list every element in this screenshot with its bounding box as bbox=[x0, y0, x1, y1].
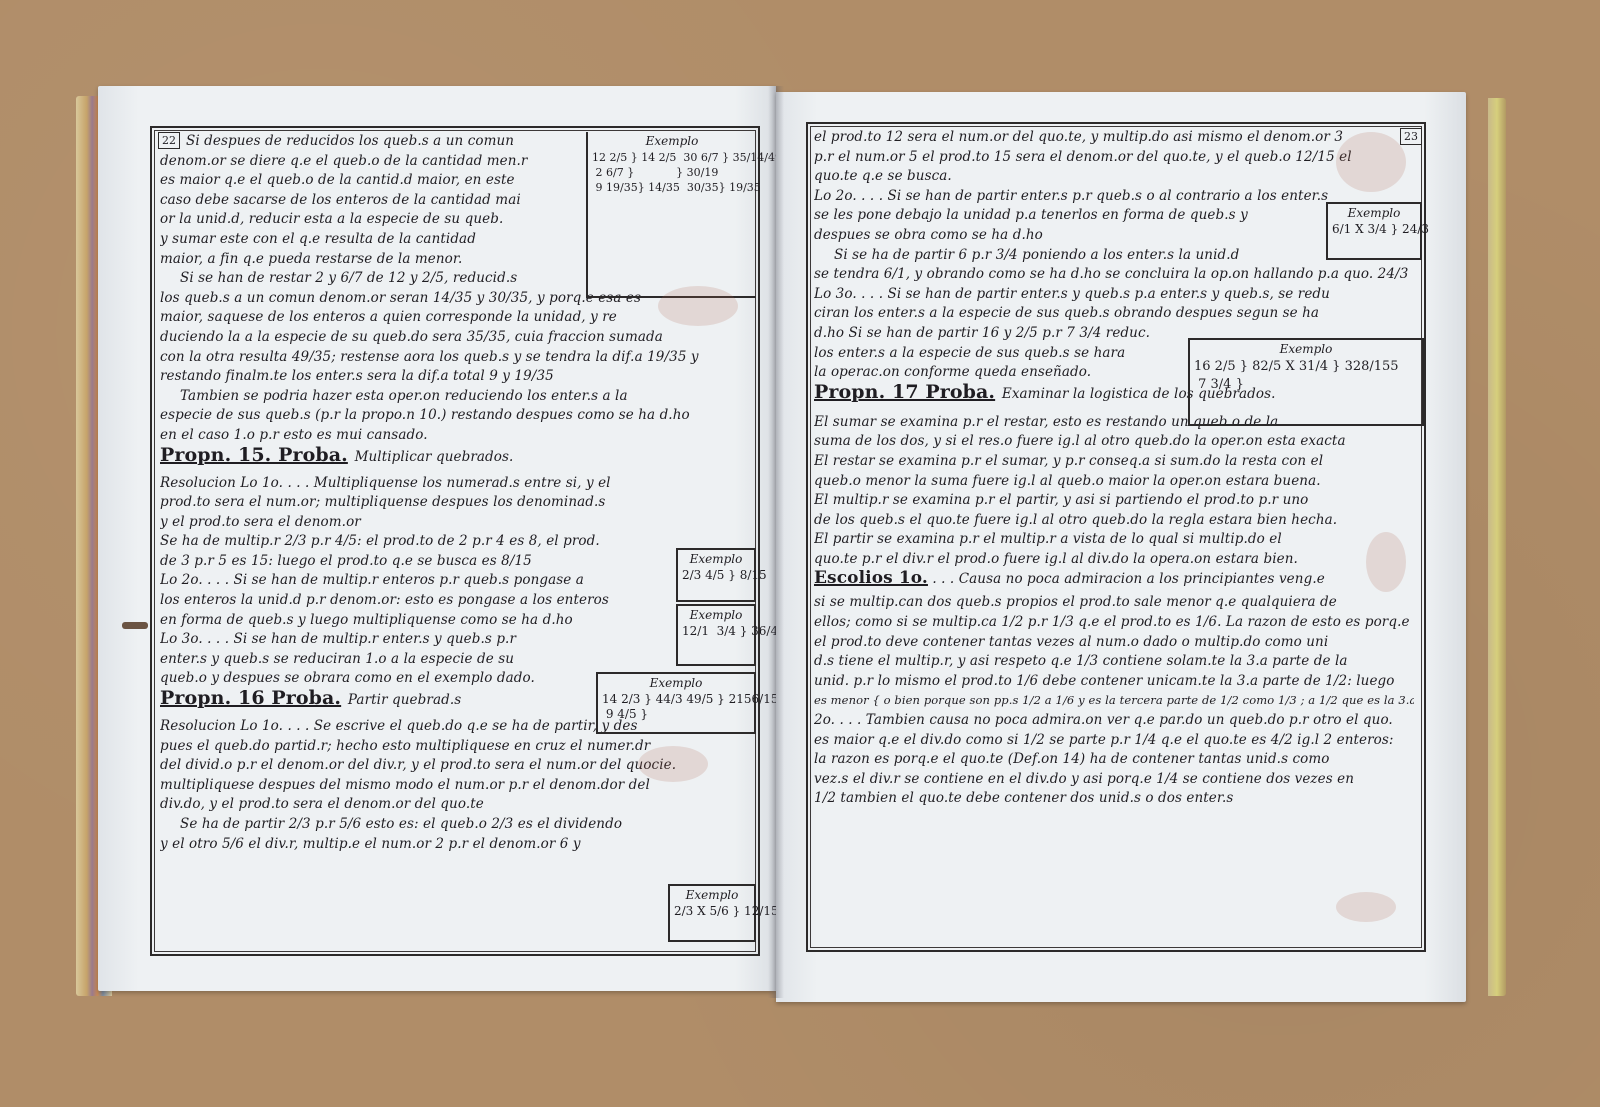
text-line: y el otro 5/6 el div.r, multip.e el num.… bbox=[160, 835, 670, 855]
example-box: Exemplo 2/3 X 5/6 } 12/15 bbox=[668, 884, 756, 942]
book-gutter bbox=[768, 86, 784, 998]
text-line: div.do, y el prod.to sera el denom.or de… bbox=[160, 795, 670, 815]
text-line: 2o. . . . Tambien causa no poca admira.o… bbox=[814, 711, 1414, 731]
text-line: El partir se examina p.r el multip.r a v… bbox=[814, 530, 1414, 550]
right-page-text: el prod.to 12 sera el num.or del quo.te,… bbox=[814, 128, 1414, 809]
example-calculation: 2/3 4/5 } 8/15 bbox=[678, 566, 754, 585]
open-manuscript-book: 22 Si despues de reducidos los queb.s a … bbox=[76, 86, 1506, 1006]
ink-bleed-stain bbox=[1366, 532, 1406, 592]
example-calculation: 12/1 3/4 } 36/4 bbox=[678, 622, 754, 641]
text-line: de 3 p.r 5 es 15: luego el prod.to q.e s… bbox=[160, 552, 680, 572]
text-line: maior, a fin q.e pueda restarse de la me… bbox=[160, 250, 590, 270]
text-line: Lo 2o. . . . Si se han de multip.r enter… bbox=[160, 571, 680, 591]
ink-bleed-stain bbox=[1336, 892, 1396, 922]
proposition-title: Propn. 17 Proba. bbox=[814, 383, 995, 403]
text-line: ellos; como si se multip.ca 1/2 p.r 1/3 … bbox=[814, 613, 1414, 633]
proposition-title: Propn. 16 Proba. bbox=[160, 689, 341, 709]
example-box: Exemplo 2/3 4/5 } 8/15 bbox=[676, 548, 756, 602]
left-page-text: Si despues de reducidos los queb.s a un … bbox=[160, 132, 590, 854]
paper-tear bbox=[122, 622, 148, 629]
text-line: Si se han de restar 2 y 6/7 de 12 y 2/5,… bbox=[160, 269, 590, 289]
ink-bleed-stain bbox=[638, 746, 708, 782]
proposition-title: Propn. 15. Proba. bbox=[160, 446, 348, 466]
text-line: Lo 3o. . . . Si se han de partir enter.s… bbox=[814, 285, 1414, 305]
text-line: denom.or se diere q.e el queb.o de la ca… bbox=[160, 152, 590, 172]
example-calculation: 6/1 X 3/4 } 24/3 bbox=[1328, 220, 1420, 239]
text-line: d.s tiene el multip.r, y asi respeto q.e… bbox=[814, 652, 1414, 672]
text-line: en forma de queb.s y luego multipliquens… bbox=[160, 611, 680, 631]
text-line: en el caso 1.o p.r esto es mui cansado. bbox=[160, 426, 760, 446]
text-line: es menor { o bien porque son pp.s 1/2 a … bbox=[814, 691, 1414, 711]
text-line: duciendo la a la especie de su queb.do s… bbox=[160, 328, 760, 348]
example-label: Exemplo bbox=[678, 552, 754, 566]
text-line: la razon es porq.e el quo.te (Def.on 14)… bbox=[814, 750, 1414, 770]
text-line: especie de sus queb.s (p.r la propo.n 10… bbox=[160, 406, 760, 426]
text-line: or la unid.d, reducir esta a la especie … bbox=[160, 210, 590, 230]
example-box: Exemplo 6/1 X 3/4 } 24/3 bbox=[1326, 202, 1422, 260]
example-calculation: 14 2/3 } 44/3 49/5 } 2156/15 9 4/5 } bbox=[598, 690, 754, 724]
text-line: quo.te p.r el div.r el prod.o fuere ig.l… bbox=[814, 550, 1414, 570]
text-line: Si despues de reducidos los queb.s a un … bbox=[160, 132, 590, 152]
example-label: Exemplo bbox=[1328, 206, 1420, 220]
text-line: es maior q.e el queb.o de la cantid.d ma… bbox=[160, 171, 590, 191]
example-label: Exemplo bbox=[1190, 342, 1422, 356]
text-line: el prod.to deve contener tantas vezes al… bbox=[814, 633, 1414, 653]
text-line: con la otra resulta 49/35; restense aora… bbox=[160, 348, 760, 368]
text-line: la operac.on conforme queda enseñado. bbox=[814, 363, 1194, 383]
text-line: Se ha de partir 2/3 p.r 5/6 esto es: el … bbox=[160, 815, 670, 835]
example-box: Exemplo 12 2/5 } 14 2/5 30 6/7 } 35/14/4… bbox=[586, 132, 756, 298]
text-line: vez.s el div.r se contiene en el div.do … bbox=[814, 770, 1414, 790]
text-line: despues se obra como se ha d.ho bbox=[814, 226, 1314, 246]
text-line: quo.te q.e se busca. bbox=[814, 167, 1414, 187]
example-calculation: 12 2/5 } 14 2/5 30 6/7 } 35/14/49 2 6/7 … bbox=[588, 148, 756, 197]
right-page: 23 el prod.to 12 sera el num.or del quo.… bbox=[776, 92, 1466, 1002]
example-calculation: 16 2/5 } 82/5 X 31/4 } 328/155 7 3/4 } bbox=[1190, 356, 1422, 396]
ink-bleed-stain bbox=[658, 286, 738, 326]
proposition-15-heading: Propn. 15. Proba. Multiplicar quebrados. bbox=[160, 446, 760, 474]
text-line: Tambien se podria hazer esta oper.on red… bbox=[160, 387, 760, 407]
example-box: Exemplo 14 2/3 } 44/3 49/5 } 2156/15 9 4… bbox=[596, 672, 756, 734]
text-line: queb.o menor la suma fuere ig.l al queb.… bbox=[814, 472, 1414, 492]
proposition-subtitle: Multiplicar quebrados. bbox=[355, 449, 514, 465]
text-line: se tendra 6/1, y obrando como se ha d.ho… bbox=[814, 265, 1414, 285]
text-line: Si se ha de partir 6 p.r 3/4 poniendo a … bbox=[814, 246, 1414, 266]
text-line: d.ho Si se han de partir 16 y 2/5 p.r 7 … bbox=[814, 324, 1194, 344]
text-line: el prod.to 12 sera el num.or del quo.te,… bbox=[814, 128, 1414, 148]
text-line: se les pone debajo la unidad p.a tenerlo… bbox=[814, 206, 1314, 226]
left-page: 22 Si despues de reducidos los queb.s a … bbox=[98, 86, 776, 991]
text-line: caso debe sacarse de los enteros de la c… bbox=[160, 191, 590, 211]
example-label: Exemplo bbox=[588, 134, 756, 148]
text-line: . . . Causa no poca admiracion a los pri… bbox=[932, 571, 1324, 587]
example-calculation: 2/3 X 5/6 } 12/15 bbox=[670, 902, 754, 921]
text-line: Se ha de multip.r 2/3 p.r 4/5: el prod.t… bbox=[160, 532, 680, 552]
text-line: restando finalm.te los enter.s sera la d… bbox=[160, 367, 760, 387]
cover-edge-right bbox=[1488, 98, 1506, 996]
text-line: suma de los dos, y si el res.o fuere ig.… bbox=[814, 432, 1414, 452]
text-line: El multip.r se examina p.r el partir, y … bbox=[814, 491, 1414, 511]
example-label: Exemplo bbox=[678, 608, 754, 622]
text-line: queb.o y despues se obrara como en el ex… bbox=[160, 669, 600, 689]
text-line: es maior q.e el div.do como si 1/2 se pa… bbox=[814, 731, 1414, 751]
text-line: El restar se examina p.r el sumar, y p.r… bbox=[814, 452, 1414, 472]
text-line: 1/2 tambien el quo.te debe contener dos … bbox=[814, 789, 1414, 809]
text-line: y sumar este con el q.e resulta de la ca… bbox=[160, 230, 590, 250]
escolios-heading: Escolios 1o. . . . Causa no poca admirac… bbox=[814, 569, 1414, 593]
text-line: los enter.s a la especie de sus queb.s s… bbox=[814, 344, 1194, 364]
text-line: si se multip.can dos queb.s propios el p… bbox=[814, 593, 1414, 613]
text-line: prod.to sera el num.or; multipliquense d… bbox=[160, 493, 680, 513]
example-box: Exemplo 12/1 3/4 } 36/4 bbox=[676, 604, 756, 666]
text-line: enter.s y queb.s se reduciran 1.o a la e… bbox=[160, 650, 600, 670]
text-line: Lo 2o. . . . Si se han de partir enter.s… bbox=[814, 187, 1414, 207]
escolios-title: Escolios 1o. bbox=[814, 569, 928, 588]
example-label: Exemplo bbox=[670, 888, 754, 902]
example-label: Exemplo bbox=[598, 676, 754, 690]
text-line: y el prod.to sera el denom.or bbox=[160, 513, 680, 533]
text-line: de los queb.s el quo.te fuere ig.l al ot… bbox=[814, 511, 1414, 531]
text-line: Lo 3o. . . . Si se han de multip.r enter… bbox=[160, 630, 600, 650]
proposition-subtitle: Partir quebrad.s bbox=[348, 692, 461, 708]
text-line: p.r el num.or 5 el prod.to 15 sera el de… bbox=[814, 148, 1414, 168]
text-line: unid. p.r lo mismo el prod.to 1/6 debe c… bbox=[814, 672, 1414, 692]
text-line: los enteros la unid.d p.r denom.or: esto… bbox=[160, 591, 680, 611]
ink-bleed-stain bbox=[1336, 132, 1406, 192]
text-line: Resolucion Lo 1o. . . . Multipliquense l… bbox=[160, 474, 680, 494]
text-line: ciran los enter.s a la especie de sus qu… bbox=[814, 304, 1414, 324]
example-box: Exemplo 16 2/5 } 82/5 X 31/4 } 328/155 7… bbox=[1188, 338, 1424, 426]
